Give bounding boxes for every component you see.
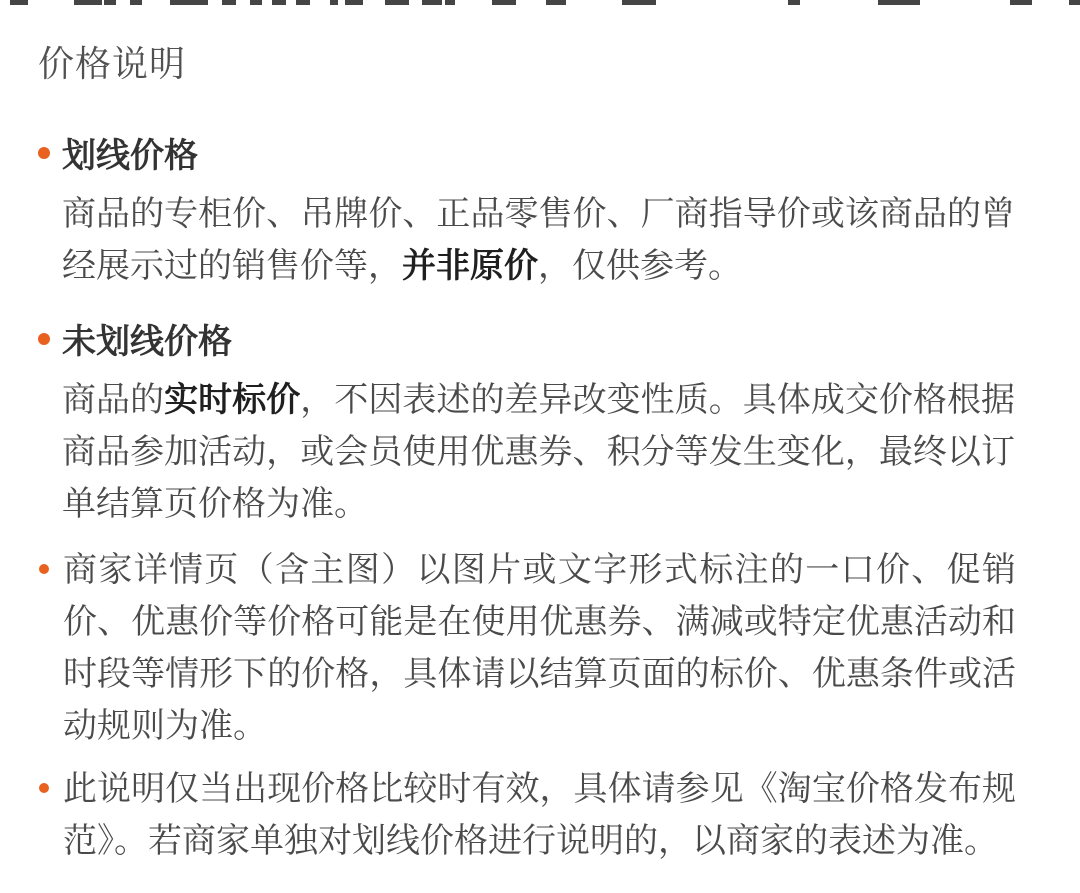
emphasis-text: 并非原价 [402,247,538,285]
page-title: 价格说明 [38,42,1042,86]
clipped-glyph-fragment [546,0,566,5]
clipped-glyph-fragment [908,0,920,5]
clipped-glyph-fragment [170,0,208,5]
clipped-glyph-fragment [222,0,236,5]
clipped-previous-line [0,0,1080,6]
clipped-glyph-fragment [74,0,102,5]
clipped-glyph-fragment [272,0,286,5]
clipped-glyph-fragment [104,0,116,5]
clipped-glyph-fragment [250,0,262,5]
bullet-icon [39,783,49,793]
paragraph-text: 商品的 [62,381,164,419]
clipped-glyph-fragment [10,0,28,5]
section-paragraph: 商品的专柜价、吊牌价、正品零售价、厂商指导价或该商品的曾经展示过的销售价等，并非… [62,188,1015,292]
bullet-icon [38,333,50,345]
price-note-item: 未划线价格商品的实时标价，不因表述的差异改变性质。具体成交价格根据商品参加活动，… [38,316,1042,530]
section-heading: 未划线价格 [62,316,1015,368]
price-note-item: 商家详情页（含主图）以图片或文字形式标注的一口价、促销价、优惠价等价格可能是在使… [38,544,1042,752]
clipped-glyph-fragment [345,0,363,5]
price-explanation-panel: 价格说明 划线价格商品的专柜价、吊牌价、正品零售价、厂商指导价或该商品的曾经展示… [0,0,1080,893]
clipped-glyph-fragment [422,0,442,5]
section-paragraph: 商品的实时标价，不因表述的差异改变性质。具体成交价格根据商品参加活动，或会员使用… [62,374,1015,530]
clipped-glyph-fragment [445,0,455,5]
clipped-glyph-fragment [492,0,516,5]
clipped-glyph-fragment [296,0,310,5]
clipped-glyph-fragment [330,0,338,5]
clipped-glyph-fragment [1010,0,1032,5]
clipped-glyph-fragment [130,0,142,5]
emphasis-text: 实时标价 [164,381,300,419]
section-heading: 划线价格 [62,130,1015,182]
paragraph-text: 商家详情页（含主图）以图片或文字形式标注的一口价、促销价、优惠价等价格可能是在使… [63,551,1016,745]
bullet-icon [38,147,50,159]
price-note-item: 划线价格商品的专柜价、吊牌价、正品零售价、厂商指导价或该商品的曾经展示过的销售价… [38,130,1042,292]
paragraph-text: ，仅供参考。 [538,247,742,285]
section-paragraph: 此说明仅当出现价格比较时有效，具体请参见《淘宝价格发布规范》。若商家单独对划线价… [63,763,1016,867]
section-paragraph: 商家详情页（含主图）以图片或文字形式标注的一口价、促销价、优惠价等价格可能是在使… [63,544,1016,752]
bullet-icon [39,564,49,574]
price-note-item: 此说明仅当出现价格比较时有效，具体请参见《淘宝价格发布规范》。若商家单独对划线价… [38,763,1042,867]
clipped-glyph-fragment [788,0,800,5]
clipped-glyph-fragment [1069,0,1080,5]
clipped-glyph-fragment [622,0,656,5]
sections: 划线价格商品的专柜价、吊牌价、正品零售价、厂商指导价或该商品的曾经展示过的销售价… [38,130,1042,867]
clipped-glyph-fragment [385,0,409,5]
paragraph-text: 此说明仅当出现价格比较时有效，具体请参见《淘宝价格发布规范》。若商家单独对划线价… [63,770,1016,860]
price-explanation-content: 价格说明 划线价格商品的专柜价、吊牌价、正品零售价、厂商指导价或该商品的曾经展示… [38,42,1042,867]
